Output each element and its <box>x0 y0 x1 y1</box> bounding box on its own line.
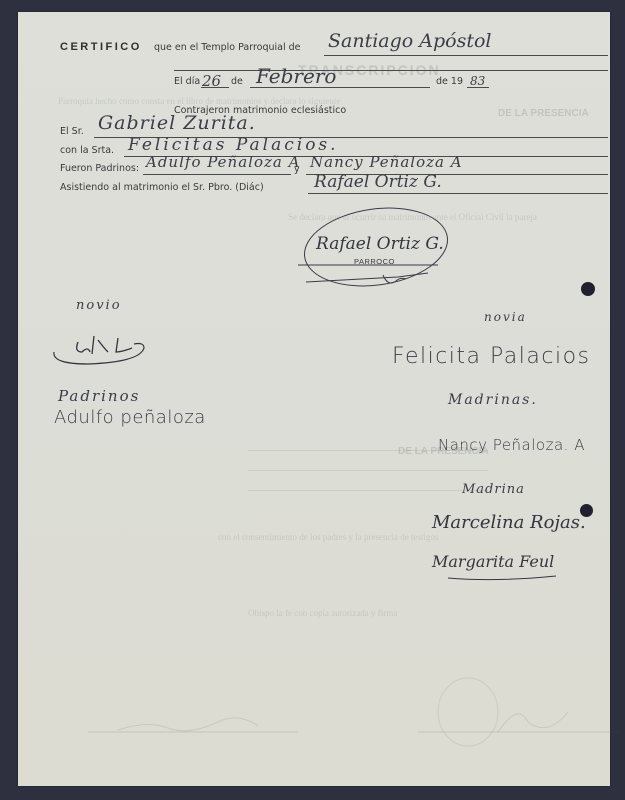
date-day-line <box>201 87 229 88</box>
madrina3-signature: Margarita Feul <box>432 552 554 571</box>
show-through-signatures <box>58 692 578 772</box>
show-through-heading: DE LA PRESENCIA <box>498 108 589 119</box>
temple-value: Santiago Apóstol <box>328 30 492 52</box>
priest-label: Asistiendo al matrimonio el Sr. Pbro. (D… <box>60 182 264 193</box>
padrino-line <box>143 174 291 175</box>
date-year: 83 <box>470 74 485 88</box>
priest-signature: Rafael Ortiz G. <box>316 234 444 254</box>
priest-line <box>308 193 608 194</box>
bride-label: con la Srta. <box>60 145 114 156</box>
novia-label: novia <box>484 310 527 324</box>
groom-value: Gabriel Zurita. <box>98 112 256 134</box>
padrinos-annotation-label: Padrinos <box>58 387 140 405</box>
show-through-line <box>248 470 488 471</box>
groom-label: El Sr. <box>60 126 84 137</box>
madrina2-label: Madrina <box>462 482 525 497</box>
madrina2-name: Marcelina Rojas. <box>432 512 586 533</box>
padrino-value: Adulfo Peñaloza A <box>146 153 300 171</box>
temple-label: que en el Templo Parroquial de <box>154 42 301 53</box>
date-label: El día <box>174 76 200 87</box>
madrina-value: Nancy Peñaloza A <box>310 153 463 171</box>
date-month: Febrero <box>256 64 336 88</box>
show-through-line <box>248 490 488 491</box>
novio-label: novio <box>76 298 122 313</box>
date-month-line <box>250 87 430 88</box>
punch-hole-bottom <box>580 504 593 517</box>
certificate-paper: TRANSCRIPCION Parroquia hecho como const… <box>18 12 610 786</box>
padrino-annotation-name: Adulfo peñaloza <box>54 407 206 428</box>
novia-signature: Felicita Palacios <box>392 344 591 369</box>
madrinas-label: Madrinas. <box>448 392 538 408</box>
priest-value: Rafael Ortiz G. <box>314 172 442 192</box>
padrinos-y: y <box>294 164 300 175</box>
date-year-label: de 19 <box>436 76 463 87</box>
punch-hole-top <box>581 282 595 296</box>
bride-value: Felicitas Palacios. <box>128 135 339 155</box>
show-through-line: con el consentimiento de los padres y la… <box>218 532 438 542</box>
certificate-title: CERTIFICO <box>60 41 142 53</box>
temple-line <box>324 55 608 56</box>
show-through-line: Obispo la fe con copia autorizada y firm… <box>248 608 397 618</box>
padrinos-label: Fueron Padrinos: <box>60 163 139 174</box>
date-year-line <box>467 87 489 88</box>
parroco-label: PARROCO <box>354 257 395 266</box>
madrina1-name: Nancy Peñaloza. A <box>438 436 585 454</box>
temple-line-2 <box>174 70 608 71</box>
madrina3-signature-underline <box>446 572 566 584</box>
date-de-label: de <box>231 76 243 87</box>
